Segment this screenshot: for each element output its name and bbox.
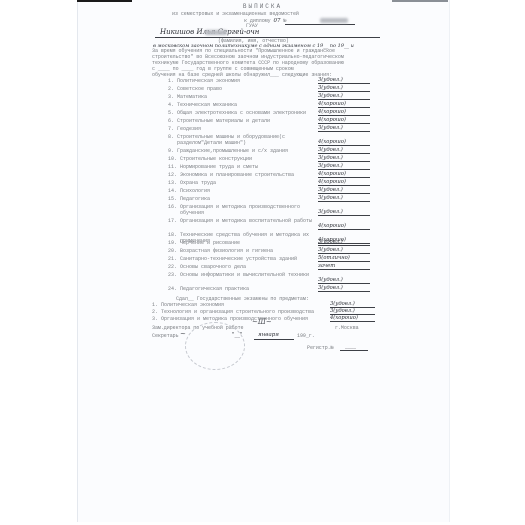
subject-grade: 3(удовл.) — [318, 77, 370, 84]
subject-grade: 4(хорошо) — [318, 139, 370, 146]
subject-name: Педагогическая практика — [180, 286, 249, 292]
subject-grade: 3(удовл.) — [318, 93, 370, 100]
subject-row: 16.Организация и методика производственн… — [168, 204, 320, 216]
subject-row: 11.Нормирование труда и сметы — [168, 164, 258, 170]
secretary-signature: ~ — [180, 330, 186, 338]
date-month: января — [258, 332, 279, 338]
subject-grade: 3(удовл.) — [318, 187, 370, 194]
subject-number: 23. — [168, 272, 177, 278]
subject-number: 10. — [168, 156, 177, 162]
subject-grade: 3(удовл.) — [318, 239, 370, 246]
subject-name: Гражданские,промышленные и с/х здания — [177, 148, 288, 154]
state-exam-grade: 3(удовл.) — [330, 301, 375, 308]
subject-grade: 3(удовл.) — [318, 85, 370, 92]
state-exam-grade: 3(удовл.) — [330, 308, 375, 315]
subject-number: 18. — [168, 232, 177, 238]
subject-grade: 3(удовл.) — [318, 209, 370, 216]
state-exam-name: Политическая экономия — [161, 302, 224, 308]
subject-name: Строительные машины и оборудование(с раз… — [177, 134, 317, 146]
subject-number: 20. — [168, 248, 177, 254]
subject-name: Техническая механика — [177, 102, 237, 108]
state-exam-name: Организация и методика производственного… — [161, 316, 308, 322]
state-exam-name: Технология и организация строительного п… — [161, 309, 314, 315]
subject-row: 6.Строительные материалы и детали — [168, 118, 270, 124]
subject-number: 1. — [168, 78, 174, 84]
document-title: ВЫПИСКА — [0, 4, 525, 10]
subject-grade: 3(удовл.) — [318, 285, 370, 292]
subject-name: Советское право — [177, 86, 222, 92]
subject-name: Психология — [180, 188, 210, 194]
scan-edge — [77, 0, 132, 2]
subject-name: Математика — [177, 94, 207, 100]
subject-grade: 3(удовл.) — [318, 277, 370, 284]
register-label: Регистр.№ — [307, 345, 334, 351]
subject-row: 13.Охрана труда — [168, 180, 216, 186]
subject-row: 10.Строительные конструкции — [168, 156, 252, 162]
subject-number: 12. — [168, 172, 177, 178]
subject-number: 2. — [168, 86, 174, 92]
subject-number: 14. — [168, 188, 177, 194]
subject-grade: 4(хорошо) — [318, 117, 370, 124]
subject-number: 16. — [168, 204, 177, 210]
subject-grade: зачет — [318, 263, 370, 270]
subject-grade: 4(хорошо) — [318, 101, 370, 108]
subject-number: 21. — [168, 256, 177, 262]
subject-row: 3.Математика — [168, 94, 207, 100]
scan-edge — [392, 0, 448, 2]
subject-grade: 3(удовл.) — [318, 125, 370, 132]
subject-row: 20.Возрастная физиология и гигиена — [168, 248, 273, 254]
subject-row: 4.Техническая механика — [168, 102, 237, 108]
subject-name: Организация и методика воспитательной ра… — [180, 218, 320, 224]
subject-row: 7.Геодезия — [168, 126, 201, 132]
subject-row: 9.Гражданские,промышленные и с/х здания — [168, 148, 288, 154]
subject-row: 21.Санитарно-технические устройства здан… — [168, 256, 297, 262]
subject-grade: 4(хорошо) — [318, 109, 370, 116]
subject-number: 7. — [168, 126, 174, 132]
subject-row: 1.Политическая экономия — [168, 78, 240, 84]
subject-name: Геодезия — [177, 126, 201, 132]
subject-number: 19. — [168, 240, 177, 246]
subject-grade: 4(хорошо) — [318, 179, 370, 186]
subject-name: Строительные конструкции — [180, 156, 252, 162]
date-year: 199_г. — [297, 333, 315, 339]
subject-number: 22. — [168, 264, 177, 270]
subject-row: 17.Организация и методика воспитательной… — [168, 218, 320, 224]
subject-row: 22.Основы сварочного дела — [168, 264, 246, 270]
subject-name: Санитарно-технические устройства зданий — [180, 256, 297, 262]
subject-name: Черчение и рисование — [180, 240, 240, 246]
subject-name: Общая электротехника с основами электрон… — [177, 110, 306, 116]
document-subtitle: из семестровых и экзаменационных ведомос… — [172, 11, 299, 17]
subject-grade: 4(хорошо) — [318, 171, 370, 178]
subject-number: 3. — [168, 94, 174, 100]
subject-name: Организация и методика производственного… — [180, 204, 320, 216]
subject-grade: 3(удовл.) — [318, 163, 370, 170]
subject-name: Педагогика — [180, 196, 210, 202]
subject-grade: 3(удовл.) — [318, 147, 370, 154]
state-exam-row: 3.Организация и методика производственно… — [152, 316, 308, 322]
subject-row: 23.Основы информатики и вычислительной т… — [168, 272, 320, 278]
subject-number: 17. — [168, 218, 177, 224]
state-exam-row: 2.Технология и организация строительного… — [152, 309, 314, 315]
subject-name: Экономика и планирование строительства — [180, 172, 294, 178]
subject-row: 19.Черчение и рисование — [168, 240, 240, 246]
state-exam-number: 1. — [152, 302, 158, 308]
subject-name: Строительные материалы и детали — [177, 118, 270, 124]
subject-name: Возрастная физиология и гигиена — [180, 248, 273, 254]
state-exam-number: 2. — [152, 309, 158, 315]
subject-row: 15.Педагогика — [168, 196, 210, 202]
redacted-name — [205, 30, 227, 35]
date-day: "__" — [232, 332, 243, 338]
state-exam-number: 3. — [152, 316, 158, 322]
subject-row: 24.Педагогическая практика — [168, 286, 249, 292]
subject-grade: 5(отлично) — [318, 255, 370, 262]
subject-row: 2.Советское право — [168, 86, 222, 92]
subject-number: 15. — [168, 196, 177, 202]
official-stamp — [185, 322, 245, 370]
subject-row: 5.Общая электротехника с основами электр… — [168, 110, 306, 116]
subject-row: 8.Строительные машины и оборудование(с р… — [168, 134, 317, 146]
subject-number: 9. — [168, 148, 174, 154]
state-exam-grade: 4(хорошо) — [330, 315, 375, 322]
subject-number: 4. — [168, 102, 174, 108]
subject-number: 24. — [168, 286, 177, 292]
subject-name: Политическая экономия — [177, 78, 240, 84]
subject-grade: 3(удовл.) — [318, 247, 370, 254]
subject-name: Нормирование труда и сметы — [180, 164, 258, 170]
subject-name: Основы сварочного дела — [180, 264, 246, 270]
deputy-director-signature: ~Ш~ — [252, 318, 272, 326]
subject-number: 8. — [168, 134, 174, 140]
city: г.Москва — [335, 325, 359, 331]
subject-number: 13. — [168, 180, 177, 186]
register-number: ____ — [345, 343, 356, 349]
redacted-number — [320, 18, 348, 23]
subject-name: Основы информатики и вычислительной техн… — [180, 272, 320, 278]
subject-grade: 3(удовл.) — [318, 155, 370, 162]
subject-row: 12.Экономика и планирование строительств… — [168, 172, 294, 178]
subject-row: 14.Психология — [168, 188, 210, 194]
subject-number: 11. — [168, 164, 177, 170]
order-number: 07 — [274, 18, 281, 24]
subject-number: 5. — [168, 110, 174, 116]
subject-grade: 3(удовл.) — [318, 195, 370, 202]
secretary-label: Секретарь — [152, 333, 179, 339]
state-exam-row: 1.Политическая экономия — [152, 302, 224, 308]
subject-grade: 4(хорошо) — [318, 223, 370, 230]
subject-number: 6. — [168, 118, 174, 124]
subject-name: Охрана труда — [180, 180, 216, 186]
